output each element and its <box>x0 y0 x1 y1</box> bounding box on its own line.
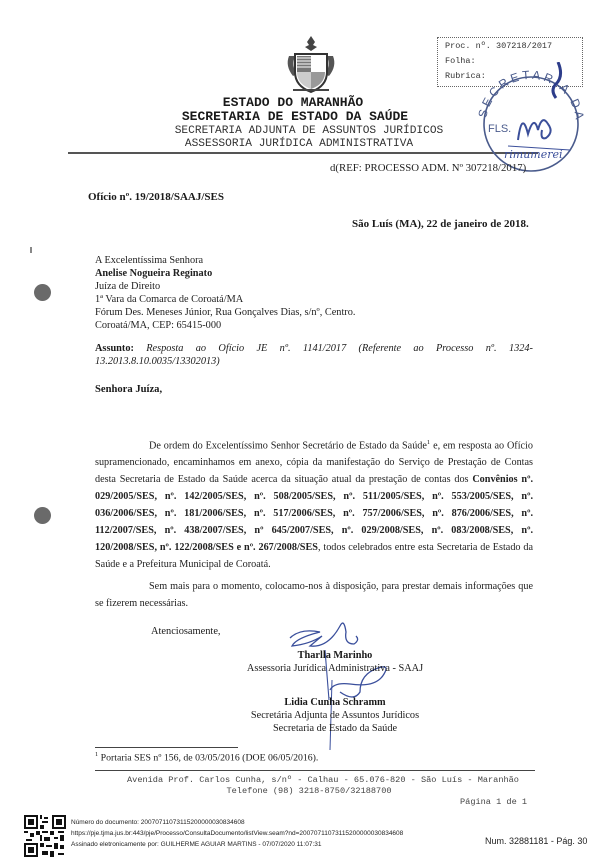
signatory-2-name: Lidia Cunha Schramm <box>32 697 606 708</box>
coat-of-arms-icon <box>283 34 339 94</box>
process-number: Proc. nº. 307218/2017 <box>445 41 552 51</box>
footer-phone: Telefone (98) 3218-8750/32188700 <box>6 786 606 796</box>
signatory-2-org: Secretaria de Estado da Saúde <box>32 723 606 734</box>
svg-text:FLS.: FLS. <box>488 123 511 135</box>
page-indicator: Página 1 de 1 <box>460 797 527 807</box>
addressee-salutation: A Excelentíssima Senhora <box>95 255 203 266</box>
addressee-city: Coroatá/MA, CEP: 65415-000 <box>95 320 221 331</box>
punch-hole-icon <box>34 284 51 301</box>
addressee-court: 1ª Vara da Comarca de Coroatá/MA <box>95 294 243 305</box>
footer-divider <box>95 770 535 771</box>
qr-code-icon[interactable] <box>24 815 66 857</box>
svg-text:rimumerei: rimumerei <box>504 148 563 161</box>
addressee-address: Fórum Des. Meneses Júnior, Rua Gonçalves… <box>95 307 355 318</box>
p1-intro: De ordem do Excelentíssimo Senhor Secret… <box>149 440 427 451</box>
page-number: Num. 32881181 - Pág. 30 <box>485 836 587 846</box>
document-number: Número do documento: 2007071107311520000… <box>71 819 245 826</box>
addressee-name: Anelise Nogueira Reginato <box>95 268 212 279</box>
signatory-1-role: Assessoria Jurídica Administrativa - SAA… <box>32 663 606 674</box>
signatory-2-role: Secretária Adjunta de Assuntos Jurídicos <box>32 710 606 721</box>
footnote: 1 Portaria SES nº 156, de 03/05/2016 (DO… <box>95 751 318 763</box>
svg-text:SECRETARIA DA 1ª VARA: SECRETARIA DA 1ª VARA <box>468 62 587 123</box>
addressee-title: Juíza de Direito <box>95 281 160 292</box>
letter-date: São Luís (MA), 22 de janeiro de 2018. <box>352 218 529 230</box>
subject-text: Resposta ao Ofício JE nº. 1141/2017 (Ref… <box>95 343 533 367</box>
signatory-1-name: Tharlla Marinho <box>32 650 606 661</box>
oficio-number: Ofício nº. 19/2018/SAAJ/SES <box>88 191 224 203</box>
footnote-divider <box>95 747 238 748</box>
signed-by: Assinado eletronicamente por: GUILHERME … <box>71 841 322 848</box>
greeting: Senhora Juíza, <box>95 384 162 395</box>
footnote-text: Portaria SES nº 156, de 03/05/2016 (DOE … <box>98 752 318 763</box>
closing: Atenciosamente, <box>151 626 221 637</box>
body-paragraph-1: De ordem do Excelentíssimo Senhor Secret… <box>95 434 533 573</box>
subject: Assunto: Resposta ao Ofício JE nº. 1141/… <box>95 342 533 368</box>
footer-address: Avenida Prof. Carlos Cunha, s/nº - Calha… <box>20 775 606 785</box>
scan-mark <box>30 247 32 253</box>
subject-label: Assunto: <box>95 343 134 354</box>
reference-number: d(REF: PROCESSO ADM. Nº 307218/2017) <box>330 162 526 174</box>
punch-hole-icon <box>34 507 51 524</box>
court-stamp-icon: SECRETARIA DA 1ª VARA FLS. rimumerei <box>468 62 594 174</box>
document-url[interactable]: https://pje.tjma.jus.br:443/pje/Processo… <box>71 830 403 837</box>
body-paragraph-2: Sem mais para o momento, colocamo-nos à … <box>95 578 533 612</box>
